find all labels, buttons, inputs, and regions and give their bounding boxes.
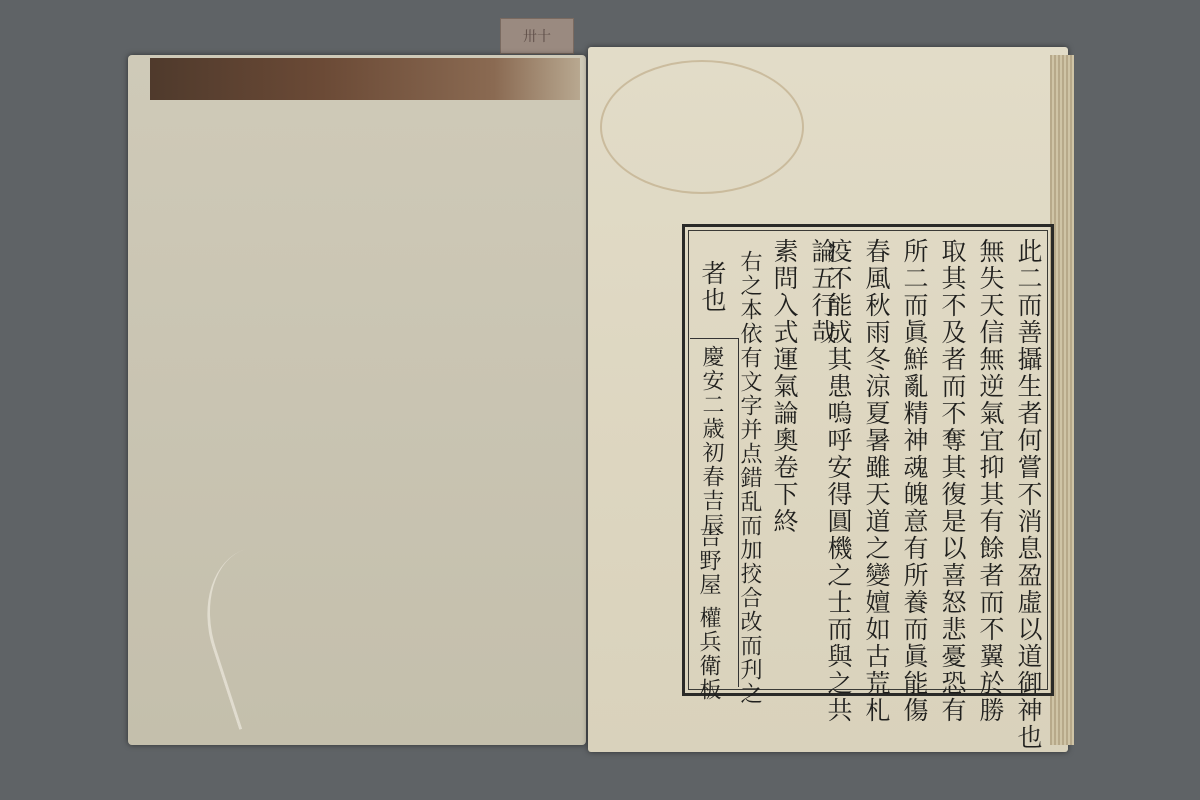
text-column-4: 所二而眞鮮亂精神魂魄意有所養而眞能傷 xyxy=(898,238,930,724)
colophon-publisher-visible: 吉野屋 權兵衛板 xyxy=(694,525,722,702)
text-column-8: 素問入式運氣論奧卷下終 xyxy=(768,238,800,535)
water-stain xyxy=(600,60,804,194)
colophon-date: 慶安二歳初春吉辰 xyxy=(696,345,726,537)
text-column-2: 無失天信無逆氣宜抑其有餘者而不翼於勝 xyxy=(974,238,1006,724)
text-column-10: 者也 xyxy=(696,260,728,314)
left-page-damaged-edge xyxy=(150,58,580,100)
text-column-7: 論五行哉 xyxy=(806,238,838,346)
text-column-3: 取其不及者而不奪其復是以喜怒悲憂恐有 xyxy=(936,238,968,724)
text-column-1: 此二而善攝生者何嘗不消息盈虛以道御神也 xyxy=(1012,238,1044,751)
left-page xyxy=(128,55,586,745)
text-column-5: 春風秋雨冬涼夏暑雖天道之變嬗如古荒札 xyxy=(860,238,892,724)
tab-label: 卅十 xyxy=(500,18,574,54)
